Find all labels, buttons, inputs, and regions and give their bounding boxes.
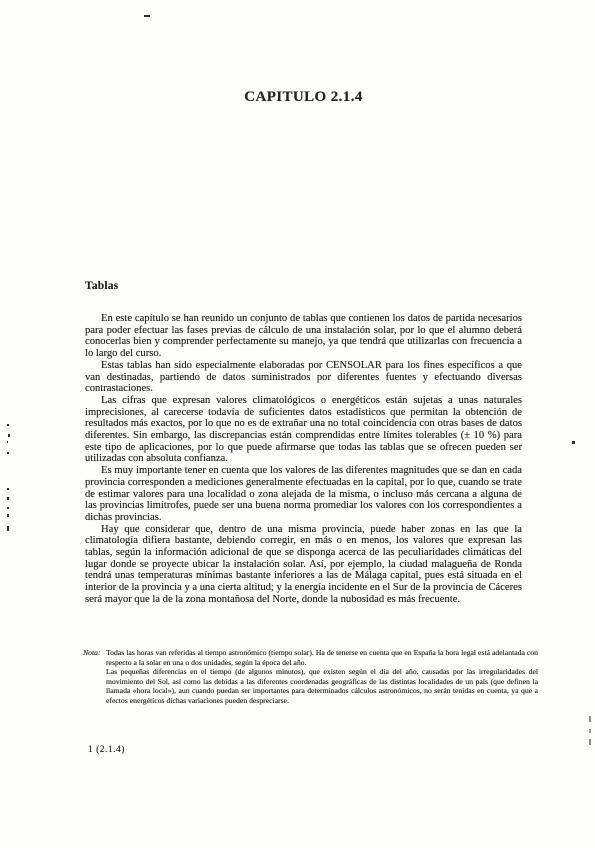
scan-artifact [589, 716, 591, 722]
scan-artifact [7, 514, 9, 517]
scan-artifact [7, 526, 9, 531]
scan-artifact [144, 15, 150, 17]
scan-artifact [7, 488, 9, 490]
scan-artifact [7, 424, 9, 426]
scan-artifact [7, 497, 9, 500]
paragraph-5: Hay que considerar que, dentro de una mi… [85, 524, 522, 606]
paragraph-3: Las cifras que expresan valores climatol… [85, 395, 522, 465]
body-text: En este capítulo se han reunido un conju… [85, 313, 522, 606]
footnote-body: Todas las horas van referidas al tiempo … [106, 648, 538, 706]
scan-artifact [7, 452, 9, 454]
chapter-title: CAPITULO 2.1.4 [85, 89, 522, 106]
section-heading: Tablas [85, 280, 118, 292]
scan-artifact [572, 441, 575, 444]
scan-artifact [7, 507, 9, 509]
scan-artifact [589, 729, 591, 733]
paragraph-2: Estas tablas han sido especialmente elab… [85, 360, 522, 395]
scan-artifact [8, 434, 10, 437]
page-number: 1 (2.1.4) [88, 745, 125, 755]
scanned-document-page: CAPITULO 2.1.4 Tablas En este capítulo s… [0, 0, 595, 848]
footnote-text-2: Las pequeñas diferencias en el tiempo (d… [106, 667, 538, 705]
paragraph-4: Es muy importante tener en cuenta que lo… [85, 465, 522, 524]
scan-artifact [589, 739, 591, 745]
footnote-text-1: Todas las horas van referidas al tiempo … [106, 648, 538, 667]
footnote: Nota: Todas las horas van referidas al t… [83, 648, 538, 706]
footnote-label: Nota: [83, 648, 106, 706]
paragraph-1: En este capítulo se han reunido un conju… [85, 313, 522, 360]
scan-artifact [7, 441, 8, 443]
